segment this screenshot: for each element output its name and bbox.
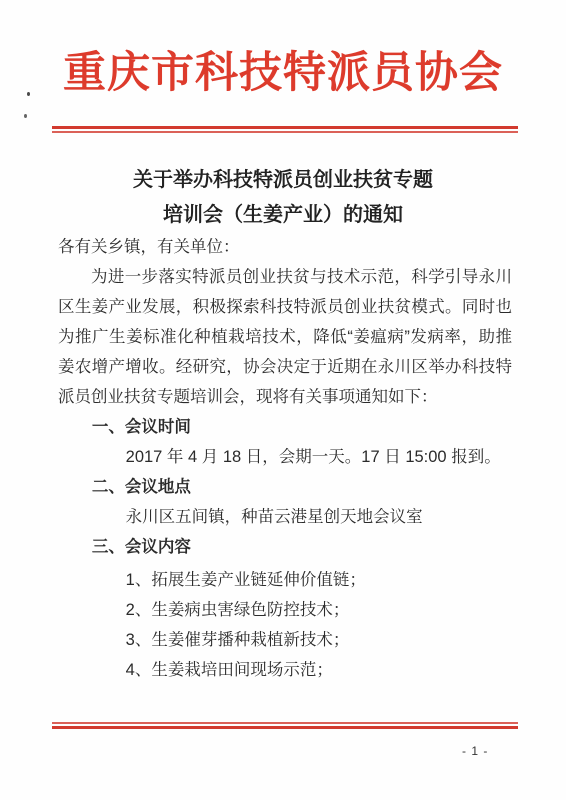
section-content-meeting-time: 2017 年 4 月 18 日，会期一天。17 日 15:00 报到。 [58,442,512,472]
page-number: - 1 - [462,744,488,758]
footer-divider-rule [52,722,518,729]
notice-body: 各有关乡镇，有关单位： 为进一步落实特派员创业扶贫与技术示范，科学引导永川区生姜… [58,232,512,685]
rule-thick-line [52,726,518,729]
scan-speck [24,114,27,118]
agenda-item-2: 2、生姜病虫害绿色防控技术； [58,595,512,625]
agenda-item-1: 1、拓展生姜产业链延伸价值链； [58,565,512,595]
notice-title-line2: 培训会（生姜产业）的通知 [0,198,566,233]
letterhead-divider-rule [52,126,518,133]
rule-thin-line [52,722,518,724]
salutation-line: 各有关乡镇，有关单位： [58,232,512,262]
rule-thin-line [52,131,518,133]
scan-speck [27,92,30,96]
intro-paragraph: 为进一步落实特派员创业扶贫与技术示范，科学引导永川区生姜产业发展，积极探索科技特… [58,262,512,412]
section-heading-meeting-place: 二、会议地点 [58,472,512,502]
notice-title: 关于举办科技特派员创业扶贫专题 培训会（生姜产业）的通知 [0,163,566,233]
section-content-meeting-place: 永川区五间镇，种苗云港星创天地会议室 [58,502,512,532]
scanned-notice-page: 重庆市科技特派员协会 关于举办科技特派员创业扶贫专题 培训会（生姜产业）的通知 … [0,0,566,800]
agenda-item-4: 4、生姜栽培田间现场示范； [58,655,512,685]
letterhead-organization-title: 重庆市科技特派员协会 [0,46,566,102]
section-heading-meeting-agenda: 三、会议内容 [58,532,512,562]
notice-title-line1: 关于举办科技特派员创业扶贫专题 [0,163,566,198]
agenda-item-3: 3、生姜催芽播种栽植新技术； [58,625,512,655]
section-heading-meeting-time: 一、会议时间 [58,412,512,442]
